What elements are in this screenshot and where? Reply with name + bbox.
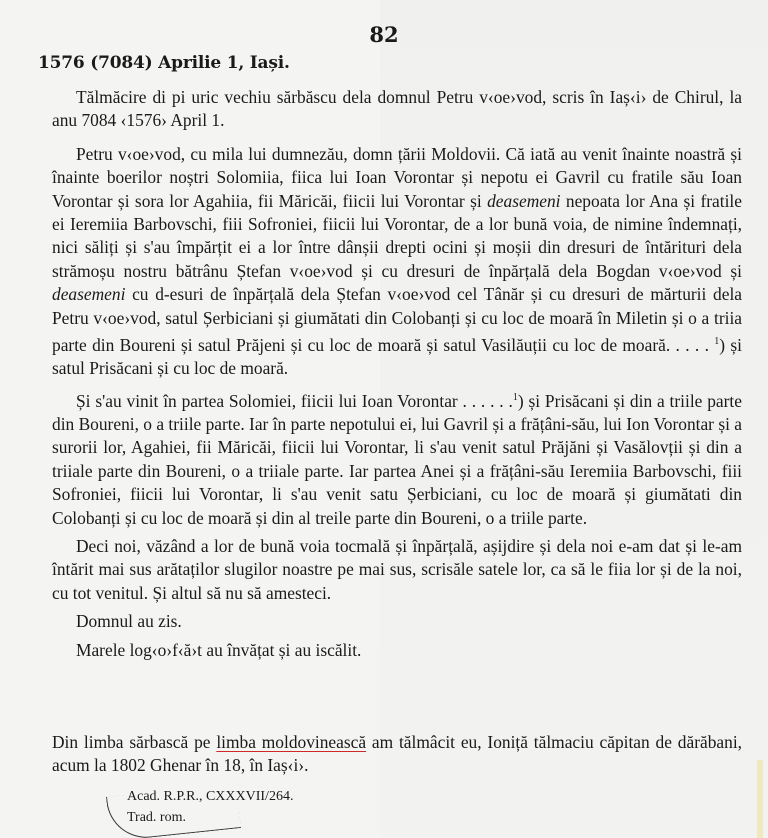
page-number: 82 [0, 22, 768, 47]
paragraph-2: Și s'au vinit în partea Solomiei, fiicii… [52, 386, 742, 530]
text-span: Și s'au vinit în partea Solomiei, fiicii… [76, 390, 513, 410]
paragraph-4: Domnul au zis. [52, 610, 742, 633]
translation-note: Trad. rom. [127, 807, 293, 828]
italic-term: deasemeni [487, 191, 560, 211]
paragraph-5: Marele log‹o›f‹ă›t au învățat și au iscă… [52, 639, 742, 662]
text-span: Din limba sărbască pe [52, 732, 216, 752]
archive-reference: Acad. R.P.R., CXXXVII/264. [127, 786, 293, 807]
text-span: cu d‑esuri de înpărțală dela Ștefan v‹oe… [52, 284, 742, 355]
document-heading: 1576 (7084) Aprilie 1, Iași. [38, 53, 290, 73]
document-body: Tălmăcire di pi uric vechiu sărbăscu del… [52, 86, 742, 662]
edge-watermark [757, 760, 763, 838]
paragraph-3: Deci noi, văzând a lor de bună voia tocm… [52, 535, 742, 605]
translator-note: Din limba sărbască pe limba moldovineasc… [52, 731, 742, 778]
summary-paragraph: Tălmăcire di pi uric vechiu sărbăscu del… [52, 86, 742, 133]
paragraph-1: Petru v‹oe›vod, cu mila lui dumnezău, do… [52, 143, 742, 381]
document-page: 82 1576 (7084) Aprilie 1, Iași. Tălmăcir… [0, 0, 768, 838]
source-citation: Acad. R.P.R., CXXXVII/264. Trad. rom. [127, 786, 293, 828]
text-span: ) și Prisăcani și din a triile parte din… [52, 390, 742, 527]
underlined-phrase: limba moldovinească [216, 732, 366, 752]
italic-term: deasemeni [52, 284, 125, 304]
